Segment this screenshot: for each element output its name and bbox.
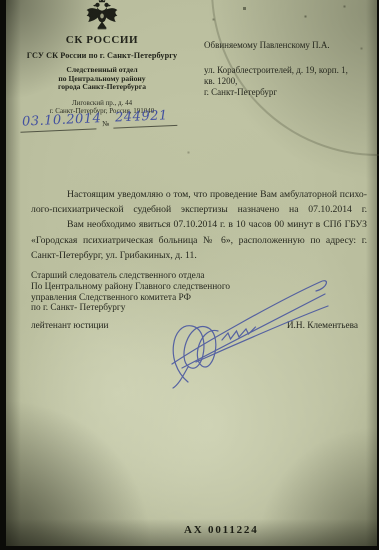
recipient-address-line2: кв. 1200, [204,76,376,87]
signature-block: Старший следователь следственного отдела… [31,271,358,332]
handwritten-date: 03.10.2014 [22,111,102,129]
recipient-block: Обвиняемому Павленскому П.А. ул. Корабле… [204,39,376,98]
signer-position-line2: По Центральному району Главного следстве… [31,282,358,293]
letter-body: Настоящим уведомляю о том, что проведени… [31,187,367,263]
org-subname: ГСУ СК России по г. Санкт-Петербургу [14,51,190,60]
signer-rank: лейтенант юстиции [31,321,108,332]
double-headed-eagle-emblem [14,0,190,32]
body-line: Настоящим уведомляю о том, что проведени… [31,187,367,202]
dept-line3: города Санкт-Петербурга [14,83,190,92]
number-sign: № [102,119,110,128]
signer-position-line4: по г. Санкт- Петербургу [31,303,358,314]
org-name: СК РОССИИ [14,34,190,46]
department: Следственный отдел по Центральному район… [14,66,190,92]
body-line: лого-психиатрической судебной экспертизы… [31,202,367,217]
letterhead: СК РОССИИ ГСУ СК России по г. Санкт-Пете… [14,0,190,116]
scanned-letter: СК РОССИИ ГСУ СК России по г. Санкт-Пете… [0,0,379,550]
dust-speckles [6,0,7,1]
handwritten-number: 244921 [115,108,168,125]
body-line: Санкт-Петербург, ул. Грибакиных, д. 11. [31,248,367,263]
body-line: Вам необходимо явиться 07.10.2014 г. в 1… [31,217,367,232]
form-serial-number: АХ 0011224 [184,524,259,536]
signer-name: И.Н. Клементьева [287,321,358,332]
date-underline: 03.10.2014 [20,109,97,132]
signer-position-line3: управления Следственного комитета РФ [31,293,358,304]
paper-sheet: СК РОССИИ ГСУ СК России по г. Санкт-Пете… [6,0,377,546]
recipient-name: Обвиняемому Павленскому П.А. [204,39,376,52]
signer-position-line1: Старший следователь следственного отдела [31,271,358,282]
body-line: «Городская психиатрическая больница № 6»… [31,233,367,248]
recipient-address-line3: г. Санкт-Петербург [204,87,376,98]
number-underline: 244921 [113,106,178,129]
recipient-address-line1: ул. Кораблестроителей, д. 19, корп. 1, [204,65,376,76]
